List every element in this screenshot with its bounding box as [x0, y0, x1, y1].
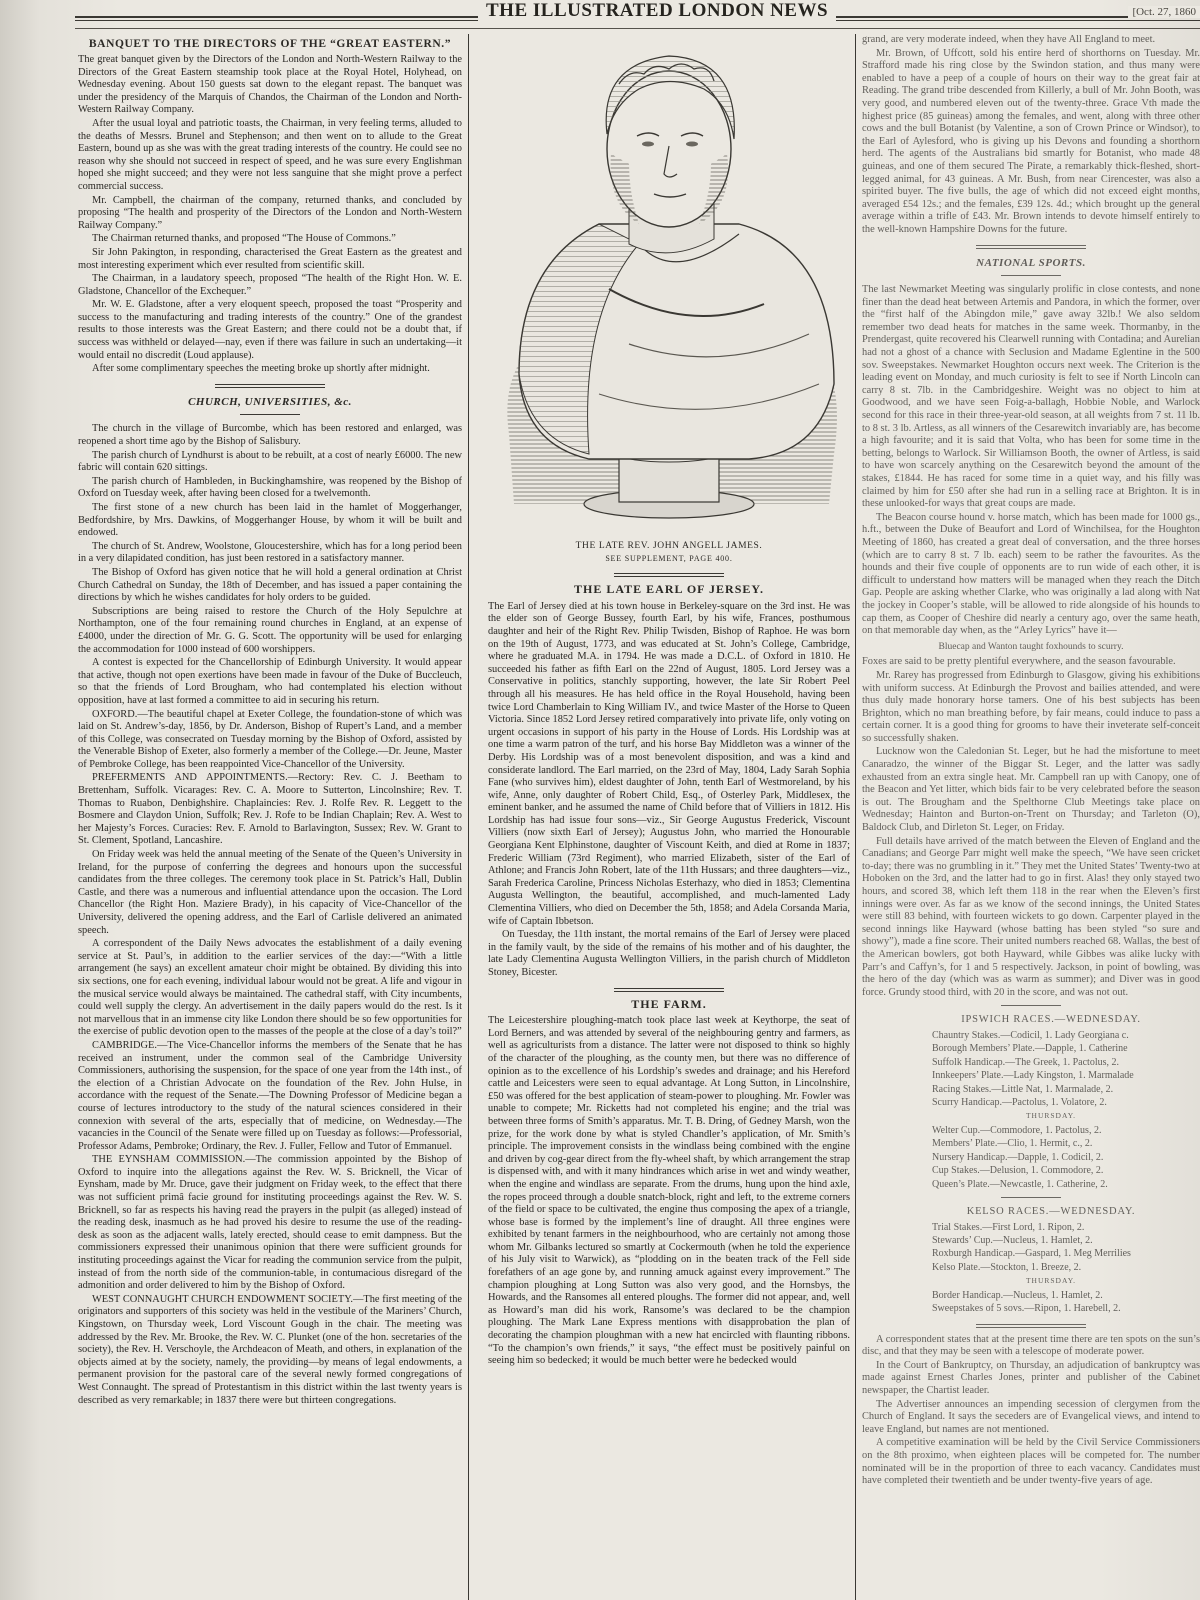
paragraph: The Advertiser announces an impending se… [862, 1399, 1200, 1437]
paragraph: Full details have arrived of the match b… [862, 836, 1200, 1000]
race-result: Suffolk Handicap.—The Greek, 1. Pactolus… [862, 1057, 1200, 1069]
paragraph: WEST CONNAUGHT CHURCH ENDOWMENT SOCIETY.… [78, 1294, 462, 1407]
illustration-subcaption: SEE SUPPLEMENT, PAGE 400. [488, 553, 850, 566]
paragraph: In the Court of Bankruptcy, on Thursday,… [862, 1360, 1200, 1398]
newspaper-page: THE ILLUSTRATED LONDON NEWS [Oct. 27, 18… [0, 0, 1200, 1600]
race-result: Kelso Plate.—Stockton, 1. Breeze, 2. [862, 1262, 1200, 1274]
paragraph: The Chairman returned thanks, and propos… [78, 233, 462, 246]
bust-illustration-icon [489, 34, 849, 534]
article-heading-church: CHURCH, UNIVERSITIES, &c. [78, 396, 462, 409]
paragraph: On Tuesday, the 11th instant, the mortal… [488, 929, 850, 979]
section-rule [976, 245, 1086, 249]
race-result: Scurry Handicap.—Pactolus, 1. Volatore, … [862, 1097, 1200, 1109]
masthead-title: THE ILLUSTRATED LONDON NEWS [478, 0, 836, 22]
paragraph: The Beacon course hound v. horse match, … [862, 512, 1200, 638]
section-rule [614, 573, 724, 577]
column-right: grand, are very moderate indeed, when th… [862, 34, 1200, 1600]
race-day-label: THURSDAY. [902, 1275, 1200, 1288]
paragraph: A correspondent of the Daily News advoca… [78, 938, 462, 1039]
race-day-label: THURSDAY. [902, 1110, 1200, 1123]
paragraph: The parish church of Lyndhurst is about … [78, 450, 462, 475]
section-rule [614, 988, 724, 992]
race-heading-ipswich: IPSWICH RACES.—WEDNESDAY. [902, 1014, 1200, 1027]
section-rule [976, 1324, 1086, 1328]
paragraph: The parish church of Hambleden, in Bucki… [78, 476, 462, 501]
paragraph: The Chairman, in a laudatory speech, pro… [78, 273, 462, 298]
section-rule [1001, 1005, 1061, 1006]
article-heading-jersey: THE LATE EARL OF JERSEY. [488, 583, 850, 596]
masthead-rule-thin [75, 28, 1200, 29]
paragraph: PREFERMENTS AND APPOINTMENTS.—Rectory: R… [78, 772, 462, 848]
race-result: Sweepstakes of 5 sovs.—Ripon, 1. Harebel… [862, 1303, 1200, 1315]
paragraph: The Earl of Jersey died at his town hous… [488, 601, 850, 928]
race-result: Nursery Handicap.—Dapple, 1. Codicil, 2. [862, 1152, 1200, 1164]
paragraph: CAMBRIDGE.—The Vice-Chancellor informs t… [78, 1040, 462, 1153]
article-heading-banquet: BANQUET TO THE DIRECTORS OF THE “GREAT E… [78, 38, 462, 51]
column-divider [468, 34, 469, 1600]
paragraph: Sir John Pakington, in responding, chara… [78, 247, 462, 272]
page-date: [Oct. 27, 1860 [1128, 6, 1200, 18]
race-heading-kelso: KELSO RACES.—WEDNESDAY. [902, 1206, 1200, 1219]
article-heading-sports: NATIONAL SPORTS. [862, 257, 1200, 270]
race-result: Members’ Plate.—Clio, 1. Hermit, c., 2. [862, 1138, 1200, 1150]
column-left: BANQUET TO THE DIRECTORS OF THE “GREAT E… [78, 34, 462, 1600]
paragraph: grand, are very moderate indeed, when th… [862, 34, 1200, 47]
paragraph: Mr. W. E. Gladstone, after a very eloque… [78, 299, 462, 362]
paragraph: Mr. Brown, of Uffcott, sold his entire h… [862, 48, 1200, 237]
paragraph: A competitive examination will be held b… [862, 1437, 1200, 1487]
paragraph: The great banquet given by the Directors… [78, 54, 462, 117]
illustration-caption: THE LATE REV. JOHN ANGELL JAMES. [488, 540, 850, 553]
column-middle: THE LATE REV. JOHN ANGELL JAMES. SEE SUP… [488, 34, 850, 1600]
paragraph: The church of St. Andrew, Woolstone, Glo… [78, 541, 462, 566]
paragraph: Subscriptions are being raised to restor… [78, 606, 462, 656]
paragraph: On Friday week was held the annual meeti… [78, 849, 462, 937]
paragraph: OXFORD.—The beautiful chapel at Exeter C… [78, 709, 462, 772]
paragraph: THE EYNSHAM COMMISSION.—The commission a… [78, 1154, 462, 1293]
paragraph: The Leicestershire ploughing-match took … [488, 1015, 850, 1368]
section-rule [1001, 275, 1061, 276]
column-divider [855, 34, 856, 1600]
race-result: Queen’s Plate.—Newcastle, 1. Catherine, … [862, 1179, 1200, 1191]
paragraph: Foxes are said to be pretty plentiful ev… [862, 656, 1200, 669]
section-rule [240, 414, 300, 415]
section-rule [1001, 1197, 1061, 1198]
paragraph: A correspondent states that at the prese… [862, 1334, 1200, 1359]
paragraph: The first stone of a new church has been… [78, 502, 462, 540]
race-result: Borough Members’ Plate.—Dapple, 1. Cathe… [862, 1043, 1200, 1055]
article-heading-farm: THE FARM. [488, 998, 850, 1011]
paragraph: The last Newmarket Meeting was singularl… [862, 284, 1200, 511]
race-result: Racing Stakes.—Little Nat, 1. Marmalade,… [862, 1084, 1200, 1096]
paragraph: The Bishop of Oxford has given notice th… [78, 567, 462, 605]
paragraph: A contest is expected for the Chancellor… [78, 657, 462, 707]
verse-quote: Bluecap and Wanton taught foxhounds to s… [862, 641, 1200, 654]
paragraph: Mr. Rarey has progressed from Edinburgh … [862, 670, 1200, 746]
race-result: Stewards’ Cup.—Nucleus, 1. Hamlet, 2. [862, 1235, 1200, 1247]
paragraph: The church in the village of Burcombe, w… [78, 423, 462, 448]
paragraph: After some complimentary speeches the me… [78, 363, 462, 376]
race-result: Cup Stakes.—Delusion, 1. Commodore, 2. [862, 1165, 1200, 1177]
portrait-bust-engraving [489, 34, 849, 534]
paragraph: After the usual loyal and patriotic toas… [78, 118, 462, 194]
section-rule [215, 384, 325, 388]
race-result: Chauntry Stakes.—Codicil, 1. Lady Georgi… [862, 1030, 1200, 1042]
race-result: Trial Stakes.—First Lord, 1. Ripon, 2. [862, 1222, 1200, 1234]
race-result: Welter Cup.—Commodore, 1. Pactolus, 2. [862, 1125, 1200, 1137]
race-result: Roxburgh Handicap.—Gaspard, 1. Meg Merri… [862, 1248, 1200, 1260]
paragraph: Mr. Campbell, the chairman of the compan… [78, 195, 462, 233]
race-result: Innkeepers’ Plate.—Lady Kingston, 1. Mar… [862, 1070, 1200, 1082]
race-result: Border Handicap.—Nucleus, 1. Hamlet, 2. [862, 1290, 1200, 1302]
paragraph: Lucknow won the Caledonian St. Leger, bu… [862, 746, 1200, 834]
